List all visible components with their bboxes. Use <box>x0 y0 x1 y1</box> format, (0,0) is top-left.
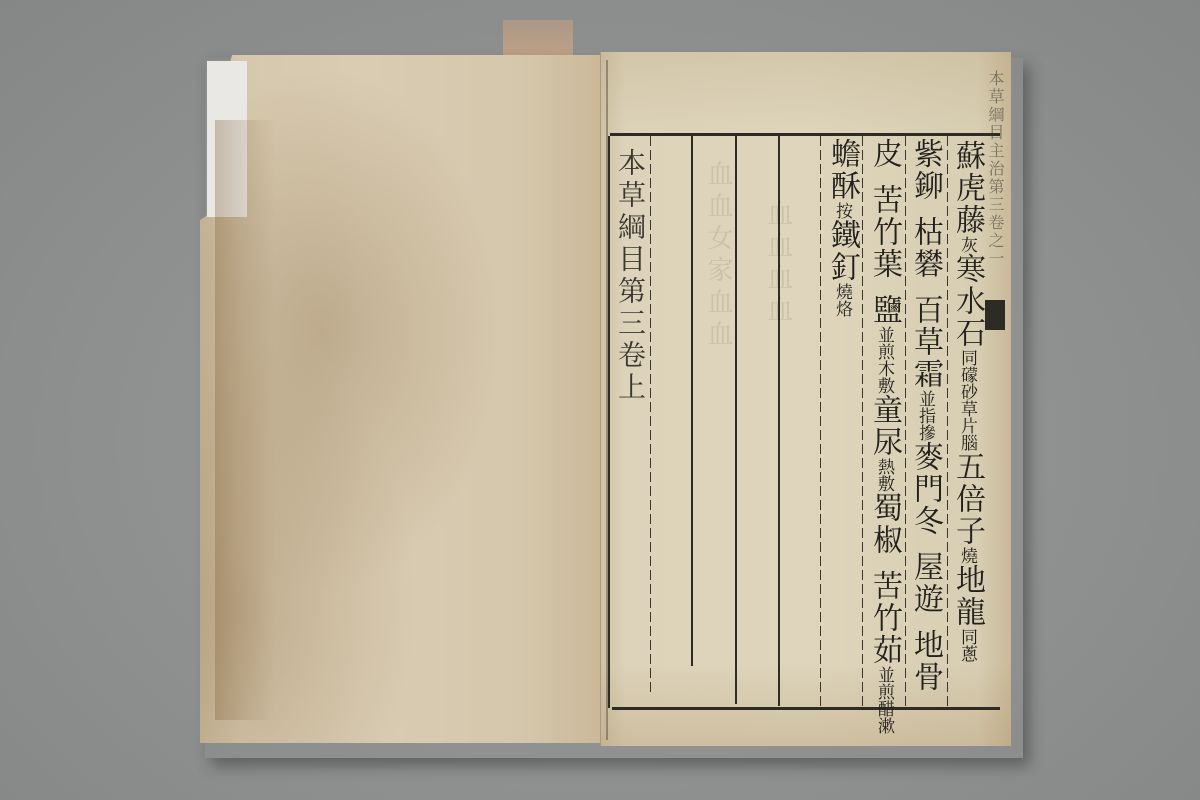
volume-title: 本草綱目第三卷上 <box>612 148 648 404</box>
annotation: 熱敷 <box>874 458 894 492</box>
text-column-4: 蟾酥按鐵釘燒烙 <box>824 138 860 317</box>
annotation: 同蔥 <box>957 628 977 662</box>
term: 皮 <box>867 138 902 170</box>
water-stain <box>215 120 275 720</box>
column-rule <box>650 136 651 696</box>
column-rule <box>905 136 906 706</box>
frame-left-border <box>608 136 610 708</box>
term: 五倍子 <box>950 451 985 547</box>
term: 百草霜 <box>908 294 943 390</box>
text-column-1: 蘇虎藤灰寒水石同礞砂草片腦五倍子燒地龍同蔥 <box>949 140 985 662</box>
fishtail-mark <box>985 300 1005 330</box>
annotation: 同礞砂草片腦 <box>957 349 977 451</box>
term: 鹽 <box>867 294 902 326</box>
term: 鐵釘 <box>825 219 860 283</box>
term: 麥門冬 <box>908 441 943 537</box>
bleed-through-text: 血血女家血血 <box>700 160 737 680</box>
column-rule <box>735 136 737 704</box>
term: 地骨 <box>908 629 943 693</box>
column-rule <box>691 136 693 666</box>
column-rule <box>947 136 948 706</box>
text-column-3: 皮苦竹葉鹽並煎木敷童尿熱敷蜀椒苦竹茹並煎醋漱 <box>866 138 902 734</box>
annotation: 並指摻 <box>915 390 935 441</box>
running-head: 本草綱目主治第三卷之一 <box>985 70 1007 710</box>
term: 蘇 <box>950 140 985 172</box>
term: 蟾酥 <box>825 138 860 202</box>
term: 寒水石 <box>950 253 985 349</box>
term: 童尿 <box>867 394 902 458</box>
frame-bottom-border <box>612 707 1000 710</box>
term: 虎藤 <box>950 172 985 236</box>
term: 紫鉚 <box>908 138 943 202</box>
annotation: 按 <box>832 202 852 219</box>
term: 地龍 <box>950 564 985 628</box>
term: 蜀椒 <box>867 492 902 556</box>
annotation: 燒 <box>957 547 977 564</box>
column-rule <box>862 136 863 706</box>
column-rule <box>820 136 821 706</box>
annotation: 灰 <box>957 236 977 253</box>
term: 枯礬 <box>908 216 943 280</box>
column-rule <box>778 136 780 706</box>
annotation: 燒烙 <box>832 283 852 317</box>
frame-top-border <box>610 133 1000 136</box>
term: 苦竹葉 <box>867 184 902 280</box>
term: 屋遊 <box>908 551 943 615</box>
term: 苦竹茹 <box>867 570 902 666</box>
annotation: 並煎木敷 <box>874 326 894 394</box>
text-column-2: 紫鉚枯礬百草霜並指摻麥門冬屋遊地骨 <box>907 138 943 693</box>
annotation: 並煎醋漱 <box>874 666 894 734</box>
